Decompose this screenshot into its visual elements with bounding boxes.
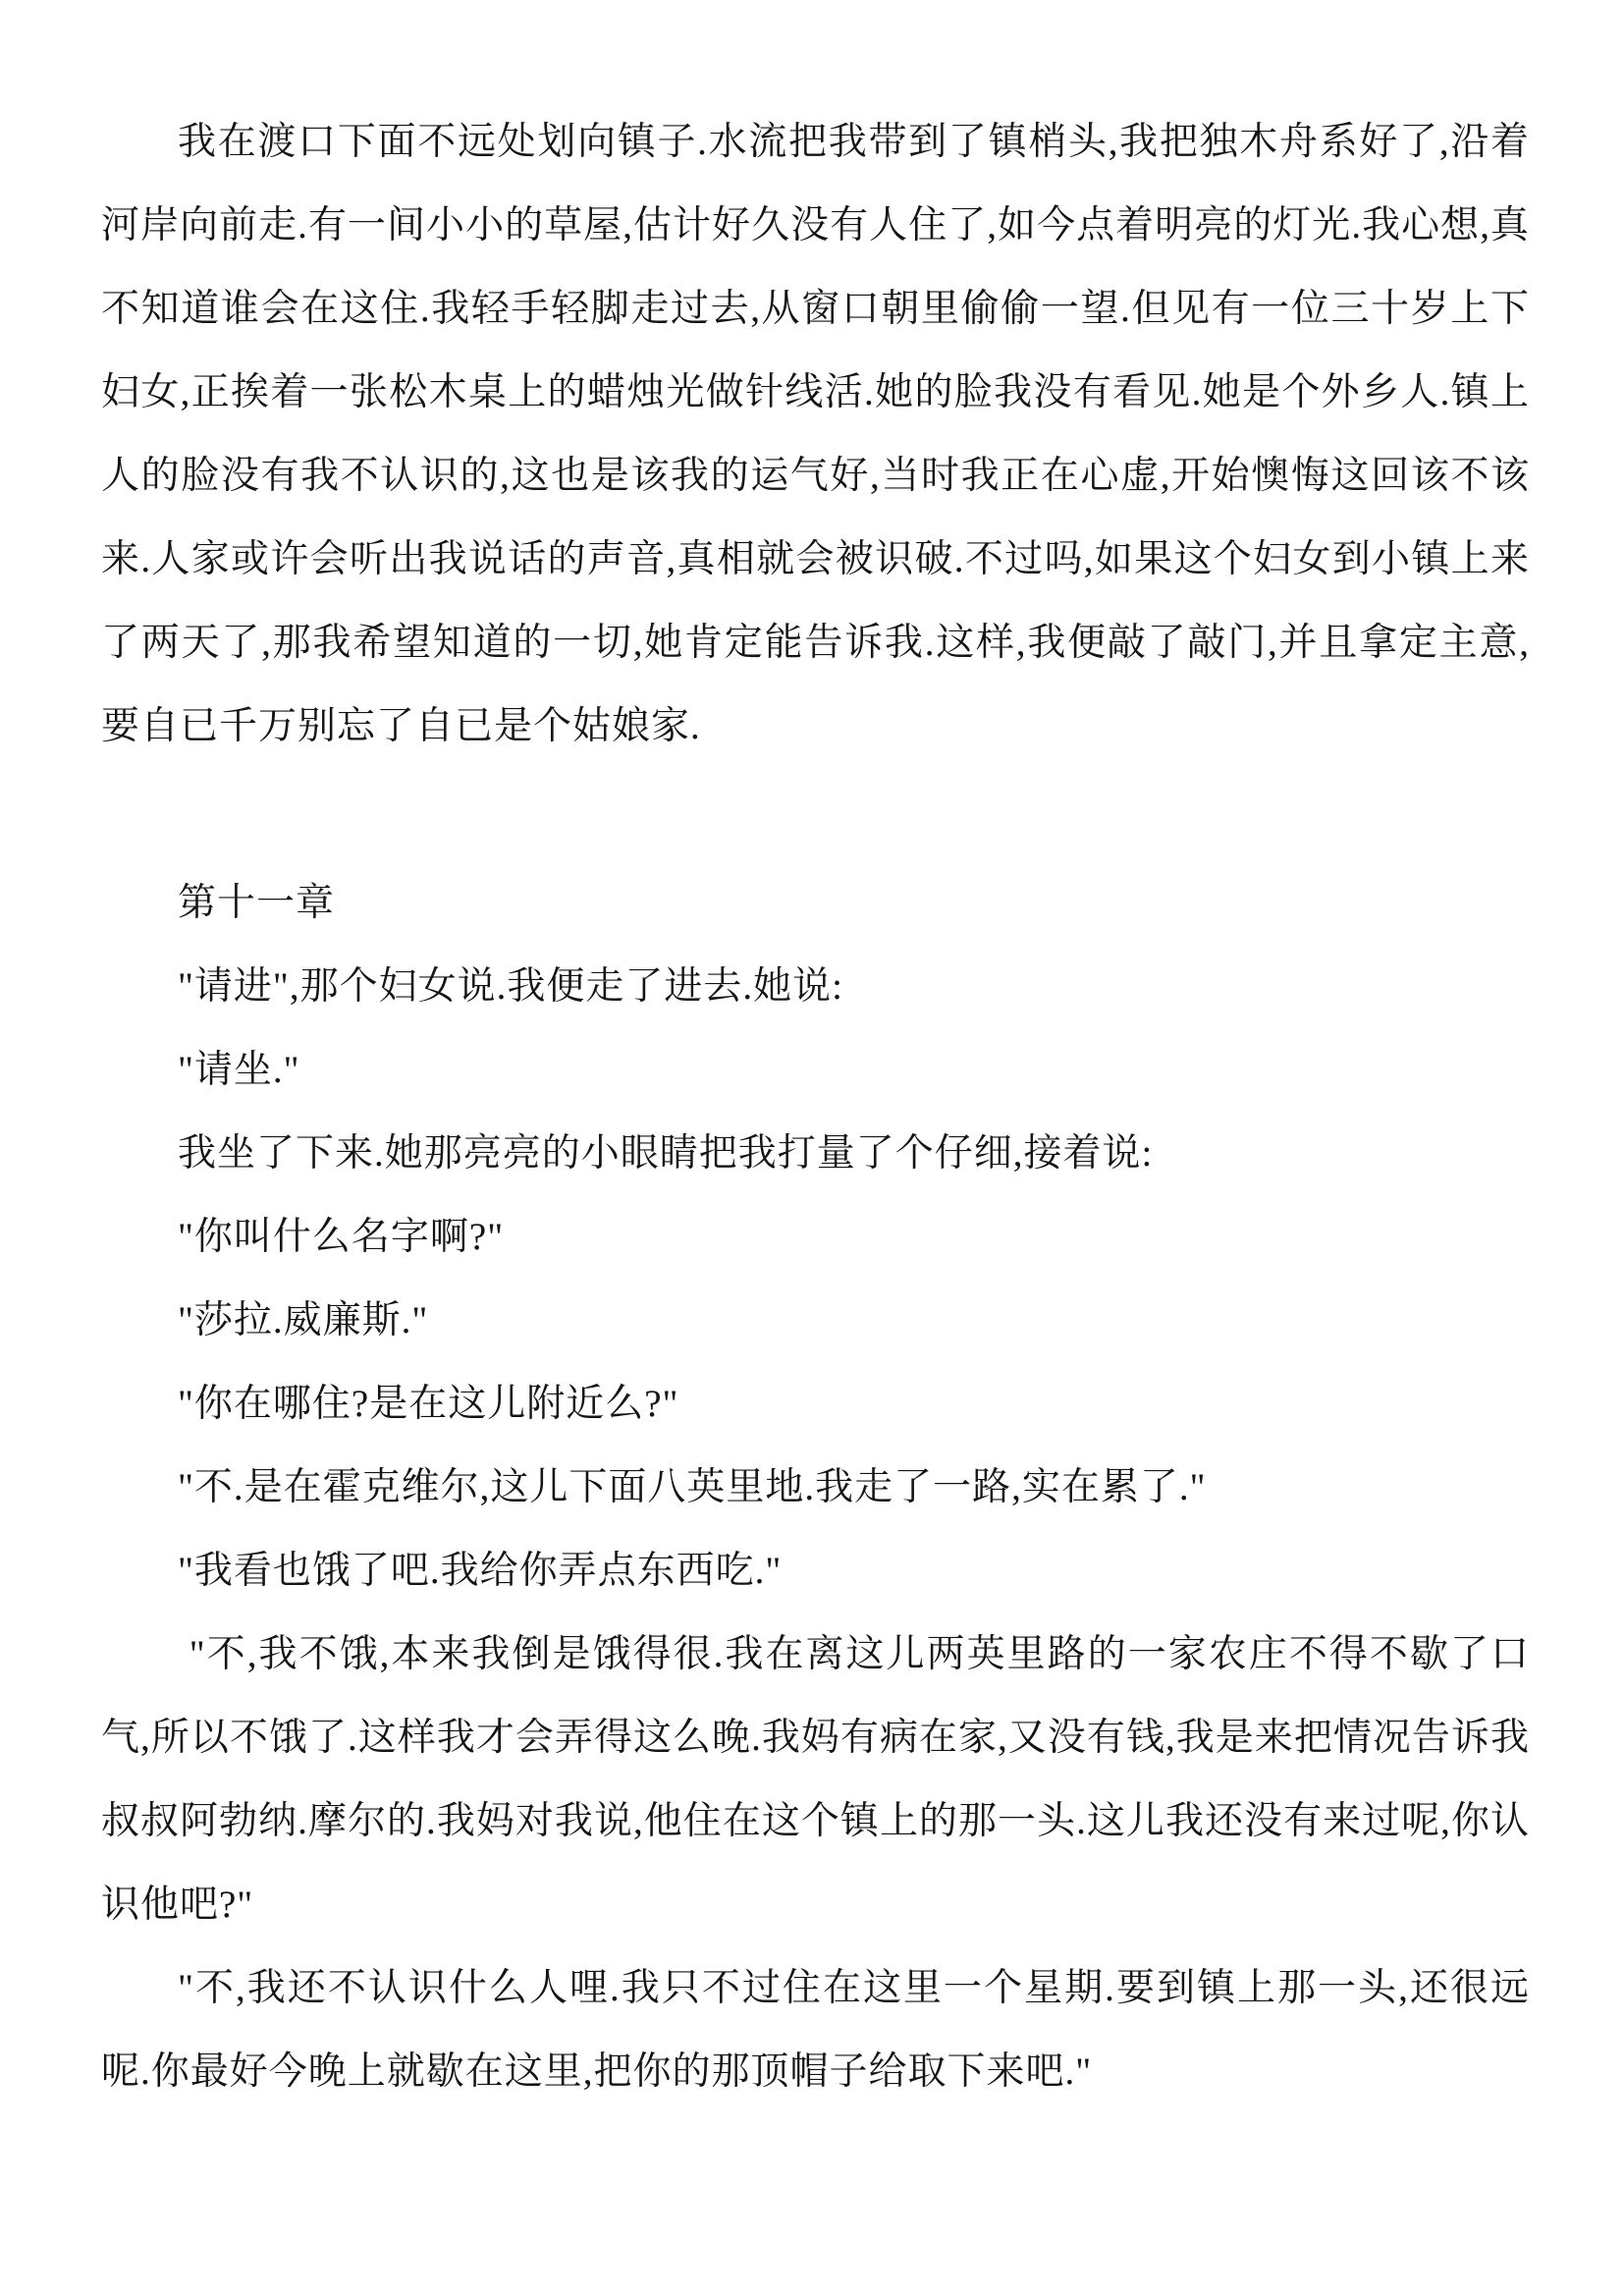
paragraph: "莎拉.威廉斯." [101, 1279, 1530, 1362]
paragraph: 我在渡口下面不远处划向镇子.水流把我带到了镇梢头,我把独木舟系好了,沿着河岸向前… [101, 100, 1530, 768]
text-content: 我在渡口下面不远处划向镇子.水流把我带到了镇梢头,我把独木舟系好了,沿着河岸向前… [101, 100, 1530, 2113]
paragraph: "不,我不饿,本来我倒是饿得很.我在离这儿两英里路的一家农庄不得不歇了口气,所以… [101, 1613, 1530, 1946]
paragraph: "不,我还不认识什么人哩.我只不过住在这里一个星期.要到镇上那一头,还很远呢.你… [101, 1946, 1530, 2113]
paragraph: "我看也饿了吧.我给你弄点东西吃." [101, 1529, 1530, 1613]
document-page: 我在渡口下面不远处划向镇子.水流把我带到了镇梢头,我把独木舟系好了,沿着河岸向前… [0, 0, 1623, 2296]
paragraph: 我坐了下来.她那亮亮的小眼睛把我打量了个仔细,接着说: [101, 1112, 1530, 1195]
paragraph: "你叫什么名字啊?" [101, 1195, 1530, 1279]
paragraph: "请坐." [101, 1028, 1530, 1112]
paragraph: "你在哪住?是在这儿附近么?" [101, 1362, 1530, 1446]
paragraph: "请进",那个妇女说.我便走了进去.她说: [101, 945, 1530, 1028]
chapter-heading: 第十一章 [101, 861, 1530, 945]
paragraph: "不.是在霍克维尔,这儿下面八英里地.我走了一路,实在累了." [101, 1446, 1530, 1529]
